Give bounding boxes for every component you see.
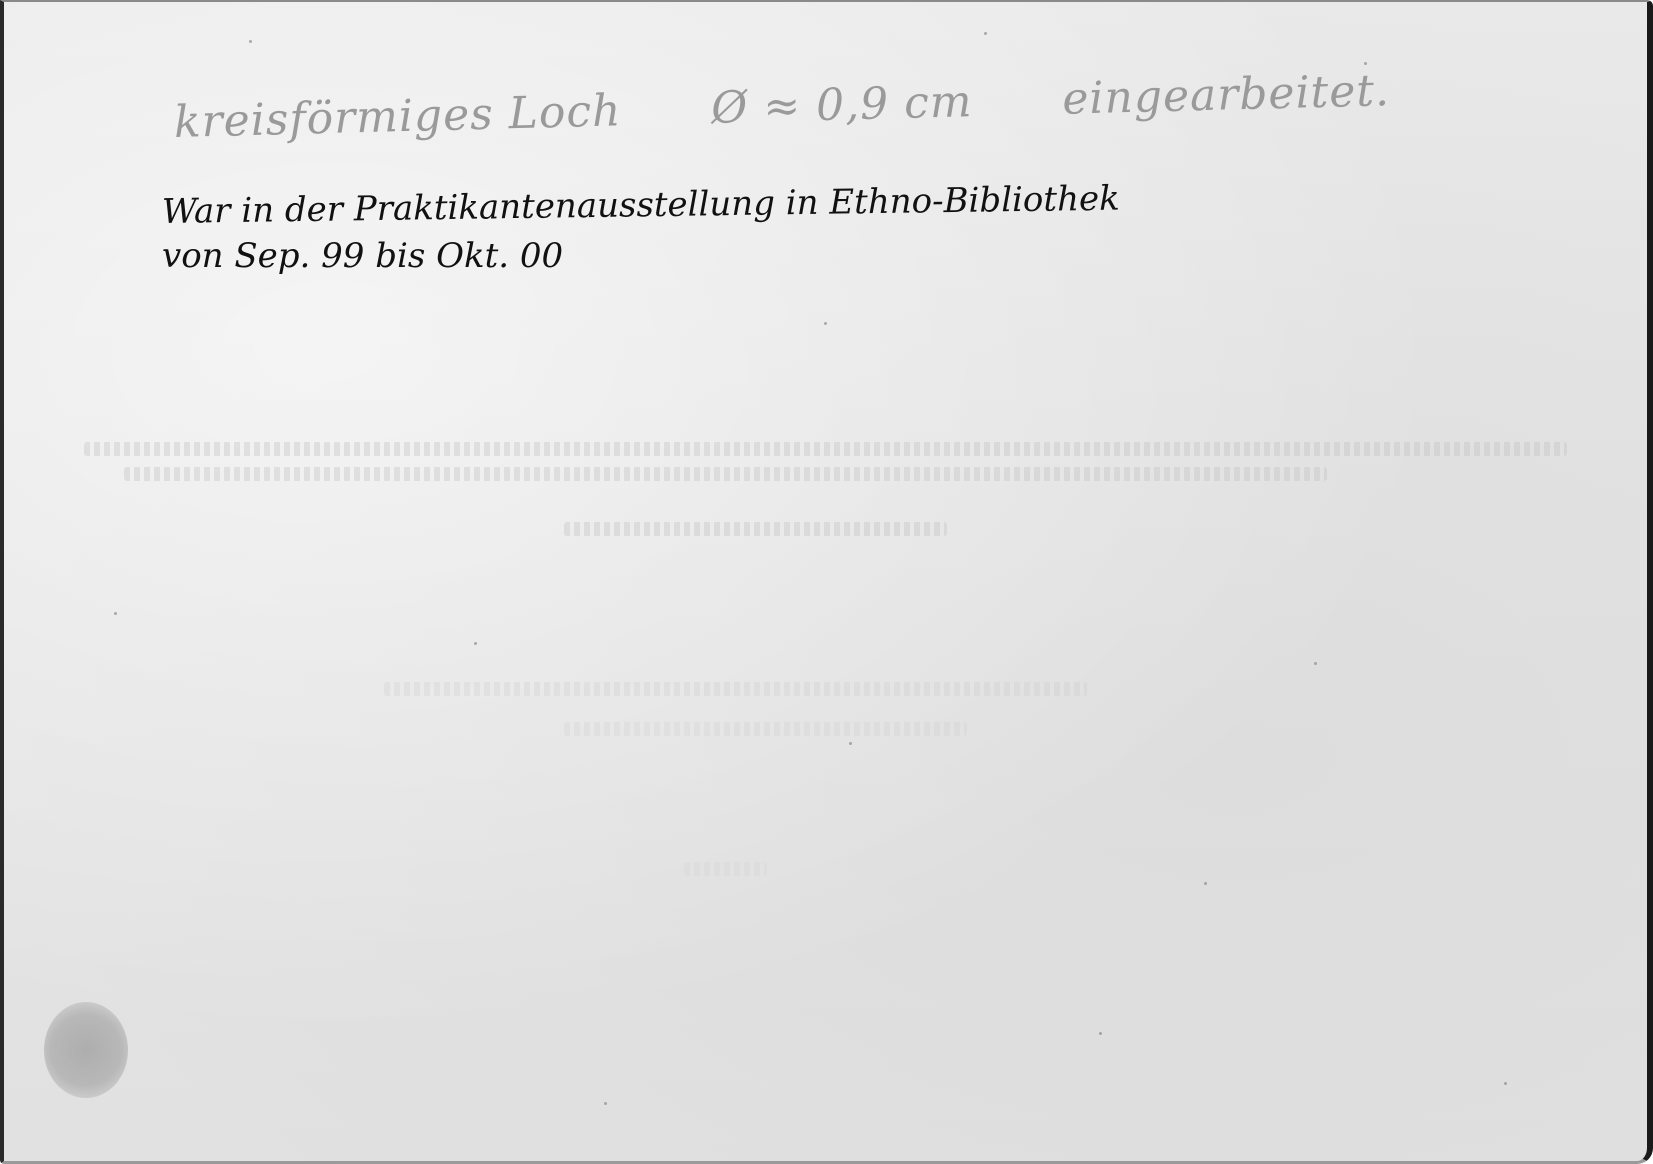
show-through-text: [384, 682, 1087, 696]
pencil-note-part2: Ø ≈ 0,9 cm: [711, 76, 973, 134]
document-card: kreisförmiges Loch Ø ≈ 0,9 cm eingearbei…: [0, 0, 1653, 1164]
speck: [849, 742, 852, 745]
ink-note-line-2: von Sep. 99 bis Okt. 00: [162, 236, 563, 276]
speck: [1314, 662, 1317, 665]
pencil-note: kreisförmiges Loch Ø ≈ 0,9 cm eingearbei…: [173, 65, 1390, 148]
speck: [824, 322, 827, 325]
pencil-note-part3: eingearbeitet.: [1062, 65, 1391, 125]
show-through-text: [564, 722, 967, 736]
stain-spot: [44, 1002, 128, 1098]
speck: [604, 1102, 607, 1105]
speck: [249, 40, 252, 43]
speck: [984, 32, 987, 35]
speck: [1099, 1032, 1102, 1035]
speck: [1504, 1082, 1507, 1085]
show-through-text: [124, 467, 1327, 481]
ink-note-line-1: War in der Praktikantenausstellung in Et…: [162, 179, 1120, 232]
pencil-note-part1: kreisförmiges Loch: [173, 85, 622, 148]
speck: [1204, 882, 1207, 885]
show-through-text: [84, 442, 1567, 456]
show-through-text: [684, 862, 767, 876]
show-through-text: [564, 522, 947, 536]
speck: [114, 612, 117, 615]
speck: [1364, 62, 1367, 65]
speck: [474, 642, 477, 645]
